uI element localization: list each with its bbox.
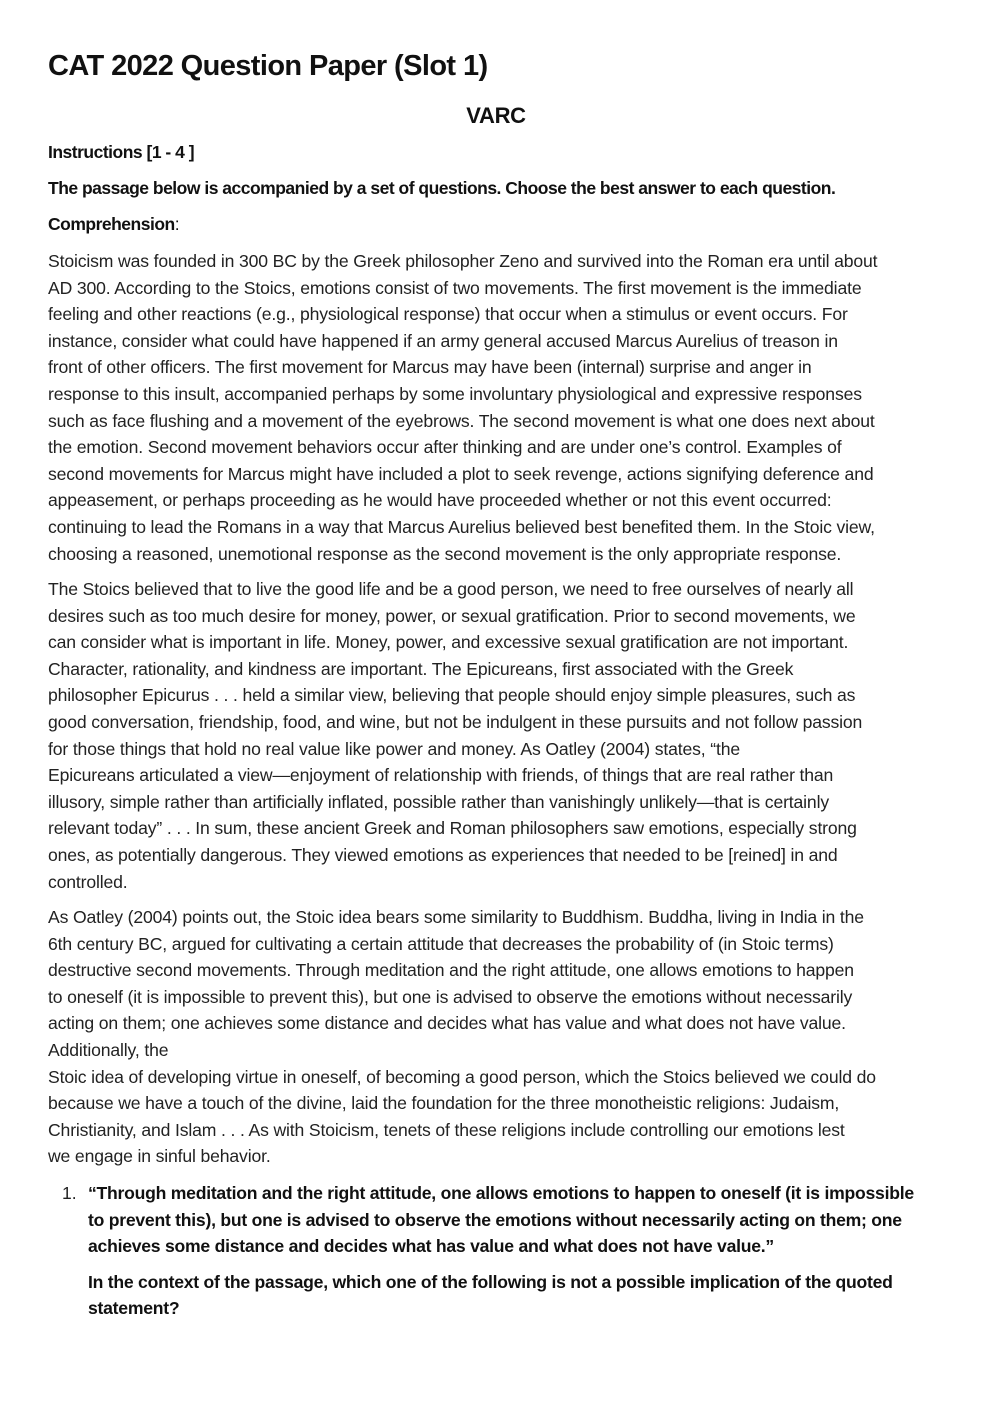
passage-line: relevant today” . . . In sum, these anci… — [48, 815, 958, 842]
passage-line: the emotion. Second movement behaviors o… — [48, 434, 958, 461]
instructions-label: Instructions [1 - 4 ] — [48, 142, 194, 163]
passage-line: can consider what is important in life. … — [48, 629, 958, 656]
question-body: “Through meditation and the right attitu… — [88, 1180, 958, 1322]
passage-line: feeling and other reactions (e.g., physi… — [48, 301, 958, 328]
passage-line: Stoicism was founded in 300 BC by the Gr… — [48, 248, 958, 275]
comprehension-colon: : — [175, 214, 179, 234]
page-title: CAT 2022 Question Paper (Slot 1) — [48, 50, 488, 83]
passage-line: instance, consider what could have happe… — [48, 328, 958, 355]
passage-line: As Oatley (2004) points out, the Stoic i… — [48, 904, 958, 931]
passage-paragraph-3: As Oatley (2004) points out, the Stoic i… — [48, 904, 958, 1170]
question-quote-line: achieves some distance and decides what … — [88, 1233, 958, 1260]
document-page: CAT 2022 Question Paper (Slot 1) VARC In… — [0, 0, 992, 1403]
passage-line: good conversation, friendship, food, and… — [48, 709, 958, 736]
passage-line: illusory, simple rather than artificiall… — [48, 789, 958, 816]
passage-line: front of other officers. The first movem… — [48, 354, 958, 381]
passage-line: The Stoics believed that to live the goo… — [48, 576, 958, 603]
passage-line: ones, as potentially dangerous. They vie… — [48, 842, 958, 869]
passage-line: Christianity, and Islam . . . As with St… — [48, 1117, 958, 1144]
passage-paragraph-2: The Stoics believed that to live the goo… — [48, 576, 958, 895]
question-quote-line: to prevent this), but one is advised to … — [88, 1207, 958, 1234]
passage-line: continuing to lead the Romans in a way t… — [48, 514, 958, 541]
passage-line: Stoic idea of developing virtue in onese… — [48, 1064, 958, 1091]
passage-line: appeasement, or perhaps proceeding as he… — [48, 487, 958, 514]
comprehension-label-text: Comprehension — [48, 214, 175, 234]
passage-line: controlled. — [48, 869, 958, 896]
passage-line: second movements for Marcus might have i… — [48, 461, 958, 488]
passage-line: AD 300. According to the Stoics, emotion… — [48, 275, 958, 302]
question-prompt-line: statement? — [88, 1295, 958, 1322]
passage-paragraph-1: Stoicism was founded in 300 BC by the Gr… — [48, 248, 958, 567]
passage-line: desires such as too much desire for mone… — [48, 603, 958, 630]
question-number: 1. — [62, 1180, 77, 1207]
passage-line: choosing a reasoned, unemotional respons… — [48, 541, 958, 568]
passage-line: 6th century BC, argued for cultivating a… — [48, 931, 958, 958]
passage-line: to oneself (it is impossible to prevent … — [48, 984, 958, 1011]
comprehension-label: Comprehension: — [48, 214, 179, 235]
passage-line: acting on them; one achieves some distan… — [48, 1010, 958, 1037]
passage-line: we engage in sinful behavior. — [48, 1143, 958, 1170]
question-prompt-line: In the context of the passage, which one… — [88, 1269, 958, 1296]
passage-line: Epicureans articulated a view—enjoyment … — [48, 762, 958, 789]
passage-line: response to this insult, accompanied per… — [48, 381, 958, 408]
spacer — [88, 1260, 958, 1269]
section-heading: VARC — [0, 103, 992, 129]
passage-line: Character, rationality, and kindness are… — [48, 656, 958, 683]
passage-line: destructive second movements. Through me… — [48, 957, 958, 984]
passage-line: because we have a touch of the divine, l… — [48, 1090, 958, 1117]
question-quote-line: “Through meditation and the right attitu… — [88, 1180, 958, 1207]
passage-line: such as face flushing and a movement of … — [48, 408, 958, 435]
passage-line: for those things that hold no real value… — [48, 736, 958, 763]
instructions-text: The passage below is accompanied by a se… — [48, 178, 835, 199]
passage-line: philosopher Epicurus . . . held a simila… — [48, 682, 958, 709]
passage-line: Additionally, the — [48, 1037, 958, 1064]
